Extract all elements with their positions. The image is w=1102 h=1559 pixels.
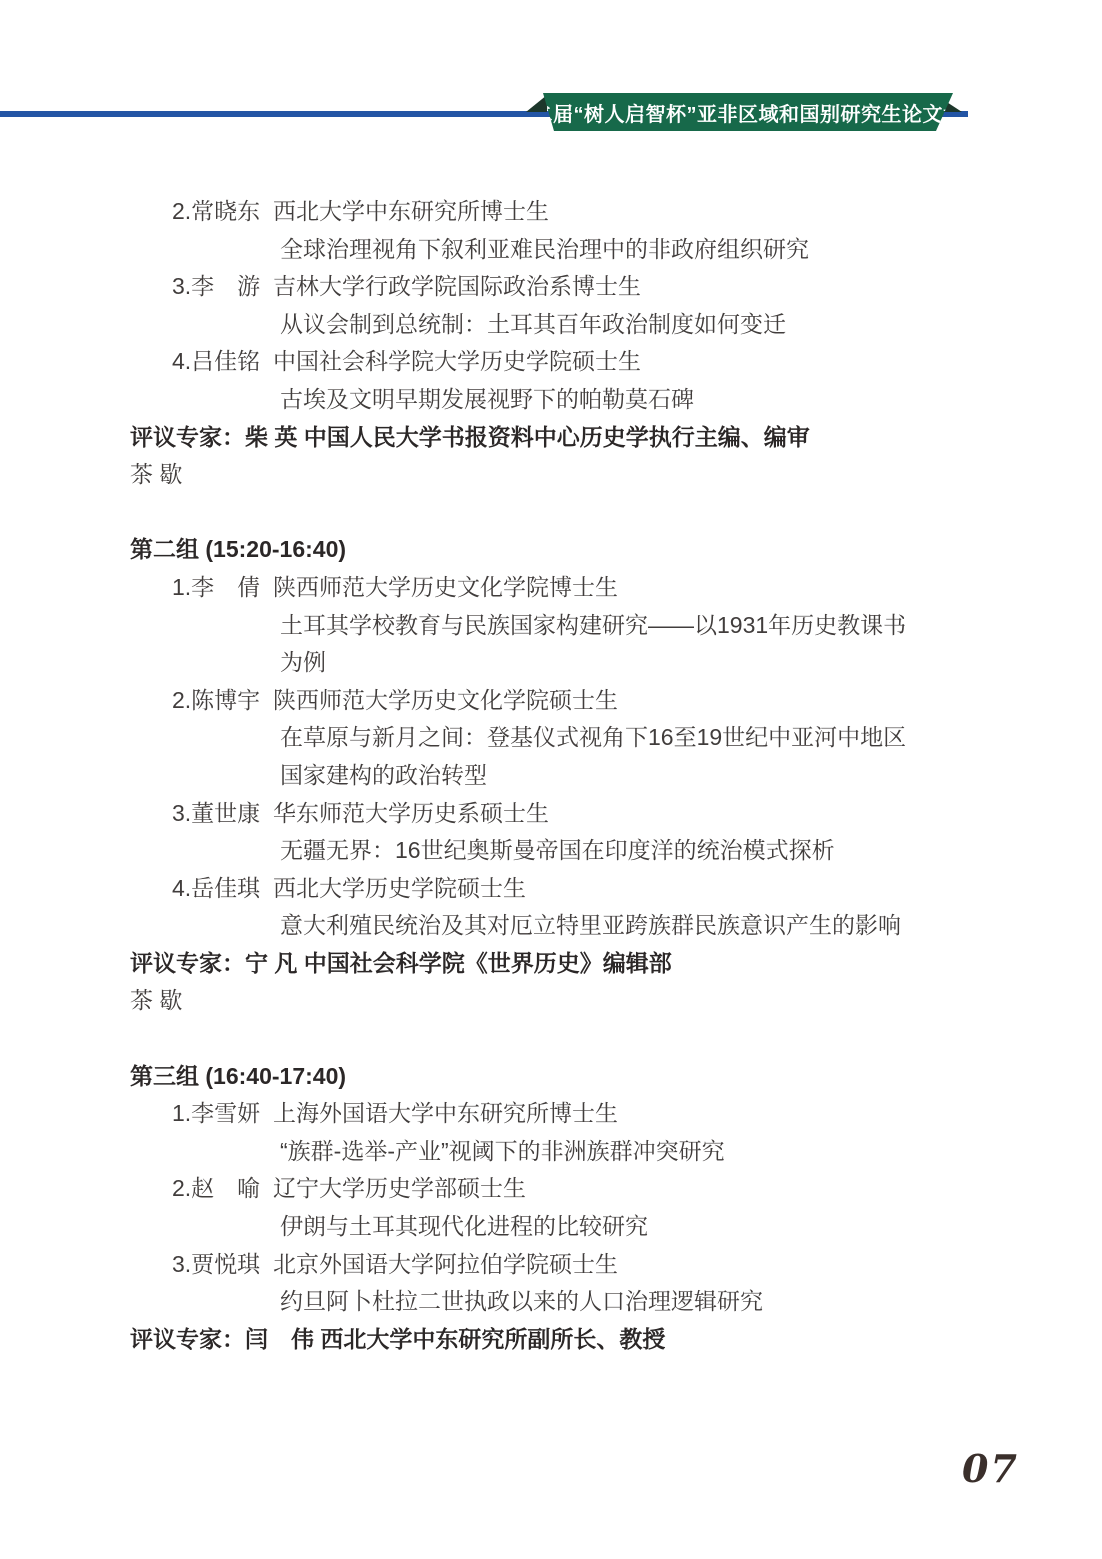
presenter-label: 1.李 倩 <box>172 569 273 607</box>
presenter-row: 3.董世康华东师范大学历史系硕士生 <box>0 795 1102 833</box>
presenter-label: 2.陈博宇 <box>172 682 273 720</box>
paper-title-line: 约旦阿卜杜拉二世执政以来的人口治理逻辑研究 <box>0 1283 1102 1321</box>
schedule: 2.常晓东西北大学中东研究所博士生全球治理视角下叙利亚难民治理中的非政府组织研究… <box>0 193 1102 1358</box>
banner-title: 第二届“树人启智杯”亚非区域和国别研究生论文大赛 <box>512 98 984 127</box>
presenter-row: 4.岳佳琪西北大学历史学院硕士生 <box>0 870 1102 908</box>
group-heading: 第二组 (15:20-16:40) <box>0 531 1102 569</box>
presenter-affiliation: 北京外国语大学阿拉伯学院硕士生 <box>273 1251 618 1277</box>
presenter-affiliation: 吉林大学行政学院国际政治系博士生 <box>273 273 641 299</box>
presenter-label: 1.李雪妍 <box>172 1095 273 1133</box>
presenter-row: 2.赵 喻辽宁大学历史学部硕士生 <box>0 1170 1102 1208</box>
paper-title-line: 古埃及文明早期发展视野下的帕勒莫石碑 <box>0 381 1102 419</box>
presenter-label: 3.李 游 <box>172 268 273 306</box>
presenter-row: 3.贾悦琪北京外国语大学阿拉伯学院硕士生 <box>0 1246 1102 1284</box>
presenter-label: 2.常晓东 <box>172 193 273 231</box>
tea-break: 茶 歇 <box>0 982 1102 1020</box>
expert-reviewer-line: 评议专家：宁 凡 中国社会科学院《世界历史》编辑部 <box>0 945 1102 983</box>
paper-title-line: 伊朗与土耳其现代化进程的比较研究 <box>0 1208 1102 1246</box>
presenter-row: 4.吕佳铭中国社会科学院大学历史学院硕士生 <box>0 343 1102 381</box>
page-number: 07 <box>962 1446 1019 1491</box>
presenter-row: 1.李雪妍上海外国语大学中东研究所博士生 <box>0 1095 1102 1133</box>
presenter-affiliation: 西北大学中东研究所博士生 <box>273 198 549 224</box>
presenter-label: 4.岳佳琪 <box>172 870 273 908</box>
presenter-affiliation: 中国社会科学院大学历史学院硕士生 <box>273 348 641 374</box>
presenter-affiliation: 陕西师范大学历史文化学院硕士生 <box>273 687 618 713</box>
group-heading: 第三组 (16:40-17:40) <box>0 1058 1102 1096</box>
presenter-label: 4.吕佳铭 <box>172 343 273 381</box>
paper-title-line: “族群-选举-产业”视阈下的非洲族群冲突研究 <box>0 1133 1102 1171</box>
presenter-row: 1.李 倩陕西师范大学历史文化学院博士生 <box>0 569 1102 607</box>
presenter-affiliation: 上海外国语大学中东研究所博士生 <box>273 1100 618 1126</box>
schedule-section: 第三组 (16:40-17:40)1.李雪妍上海外国语大学中东研究所博士生“族群… <box>0 1058 1102 1359</box>
paper-title-line: 从议会制到总统制：土耳其百年政治制度如何变迁 <box>0 306 1102 344</box>
paper-title-line: 全球治理视角下叙利亚难民治理中的非政府组织研究 <box>0 231 1102 269</box>
header-banner: 第二届“树人启智杯”亚非区域和国别研究生论文大赛 <box>543 93 953 131</box>
presenter-label: 2.赵 喻 <box>172 1170 273 1208</box>
paper-title-line: 无疆无界：16世纪奥斯曼帝国在印度洋的统治模式探析 <box>0 832 1102 870</box>
presenter-row: 2.陈博宇陕西师范大学历史文化学院硕士生 <box>0 682 1102 720</box>
presenter-label: 3.董世康 <box>172 795 273 833</box>
presenter-row: 2.常晓东西北大学中东研究所博士生 <box>0 193 1102 231</box>
paper-title-line: 意大利殖民统治及其对厄立特里亚跨族群民族意识产生的影响 <box>0 907 1102 945</box>
presenter-row: 3.李 游吉林大学行政学院国际政治系博士生 <box>0 268 1102 306</box>
presenter-affiliation: 华东师范大学历史系硕士生 <box>273 800 549 826</box>
presenter-affiliation: 陕西师范大学历史文化学院博士生 <box>273 574 618 600</box>
paper-title-line: 为例 <box>0 644 1102 682</box>
schedule-section: 2.常晓东西北大学中东研究所博士生全球治理视角下叙利亚难民治理中的非政府组织研究… <box>0 193 1102 494</box>
banner-fold-left <box>526 95 547 112</box>
document-page: 第二届“树人启智杯”亚非区域和国别研究生论文大赛 2.常晓东西北大学中东研究所博… <box>0 0 1102 1559</box>
presenter-label: 3.贾悦琪 <box>172 1246 273 1284</box>
presenter-affiliation: 西北大学历史学院硕士生 <box>273 875 526 901</box>
schedule-section: 第二组 (15:20-16:40)1.李 倩陕西师范大学历史文化学院博士生土耳其… <box>0 531 1102 1020</box>
paper-title-line: 国家建构的政治转型 <box>0 757 1102 795</box>
paper-title-line: 在草原与新月之间：登基仪式视角下16至19世纪中亚河中地区 <box>0 719 1102 757</box>
presenter-affiliation: 辽宁大学历史学部硕士生 <box>273 1175 526 1201</box>
expert-reviewer-line: 评议专家：闫 伟 西北大学中东研究所副所长、教授 <box>0 1321 1102 1359</box>
expert-reviewer-line: 评议专家：柴 英 中国人民大学书报资料中心历史学执行主编、编审 <box>0 419 1102 457</box>
tea-break: 茶 歇 <box>0 456 1102 494</box>
paper-title-line: 土耳其学校教育与民族国家构建研究——以1931年历史教课书 <box>0 607 1102 645</box>
